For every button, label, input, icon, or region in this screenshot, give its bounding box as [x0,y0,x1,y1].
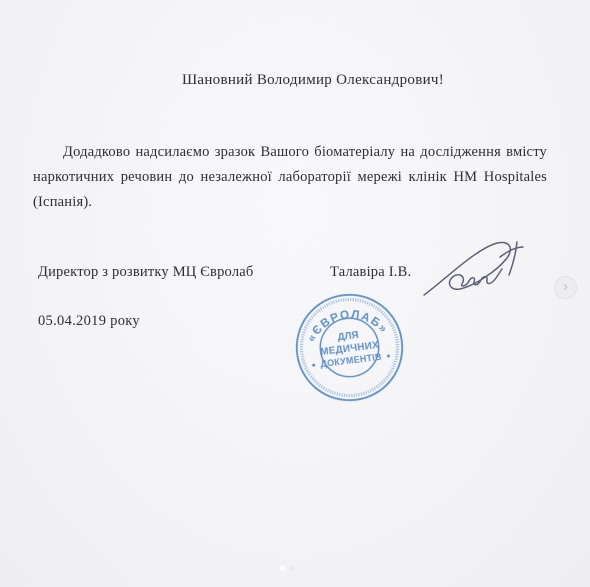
carousel-next-button[interactable]: › [554,276,577,299]
body-line: Додадково надсилаємо зразок Вашого біома… [33,140,547,165]
carousel-dot [280,566,285,571]
letter-page: Шановний Володимир Олександрович! Додадк… [0,0,590,587]
handwritten-signature-icon [418,234,526,302]
carousel-dot [289,566,294,571]
stamp-center-line: ДЛЯ [337,330,359,343]
body-line: (Іспанія). [33,190,547,215]
stamp-dot [312,363,315,366]
signer-name: Талавіра І.В. [330,264,411,281]
letter-date: 05.04.2019 року [38,313,140,330]
greeting-line: Шановний Володимир Олександрович! [18,72,590,89]
eurolab-stamp: «ЄВРОЛАБ» ДЛЯ МЕДИЧНИХ ДОКУМЕНТІВ [287,285,413,411]
body-paragraph: Додадково надсилаємо зразок Вашого біома… [33,140,547,215]
carousel-dots [0,566,582,571]
signer-title: Директор з розвитку МЦ Євролаб [38,264,253,281]
body-line: наркотичних речовин до незалежної лабора… [33,165,547,190]
stamp-dot [387,354,390,357]
chevron-right-icon: › [563,278,568,295]
